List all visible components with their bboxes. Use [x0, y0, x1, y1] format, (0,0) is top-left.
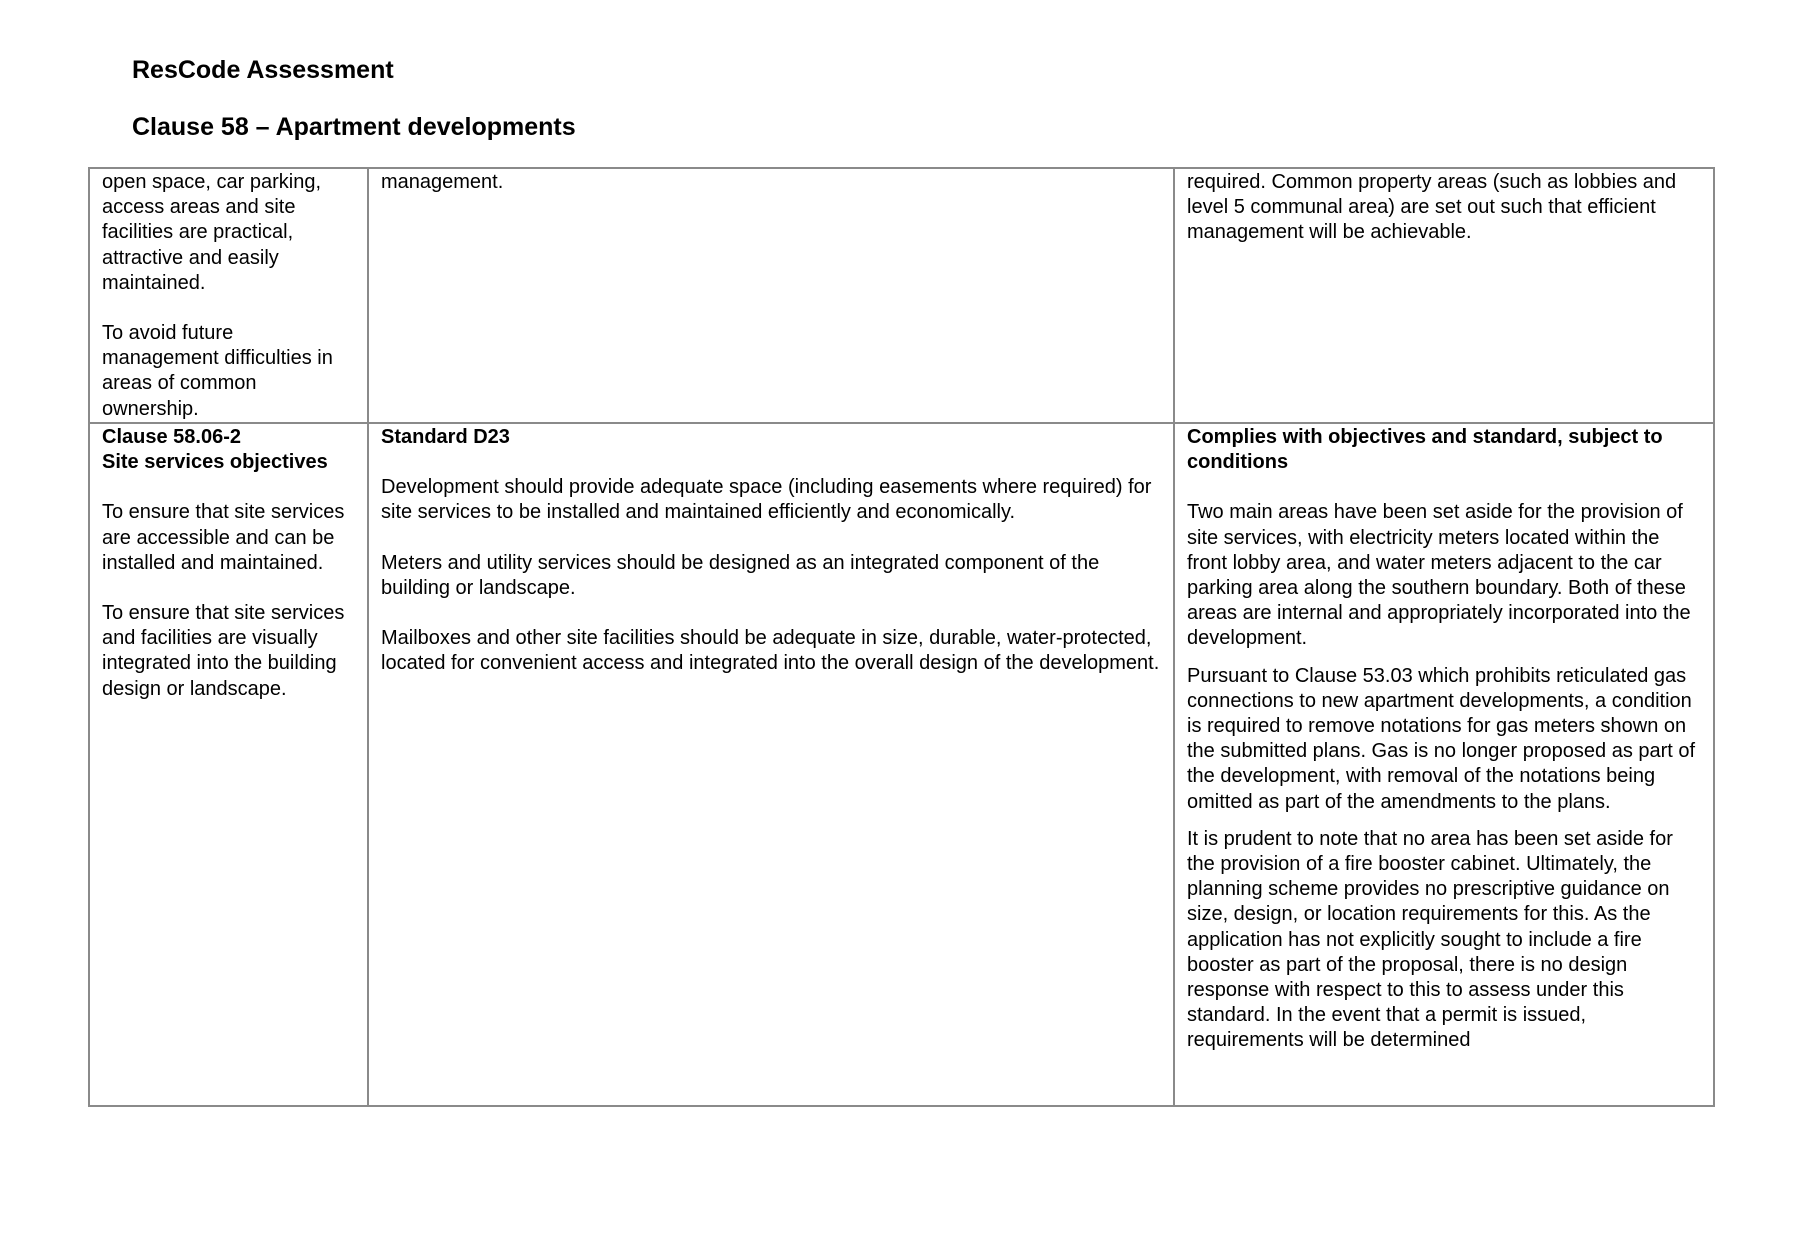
document-title: ResCode Assessment [132, 55, 394, 85]
clause-number: Clause 58.06-2 [102, 425, 355, 450]
assessment-text: Pursuant to Clause 53.03 which prohibits… [1187, 664, 1701, 815]
objective-cell: Clause 58.06-2 Site services objectives … [89, 423, 368, 1106]
standard-text: management. [381, 170, 1161, 195]
objective-text: To ensure that site services and facilit… [102, 601, 355, 702]
assessment-table: open space, car parking, access areas an… [88, 167, 1715, 1107]
assessment-text: required. Common property areas (such as… [1187, 170, 1701, 246]
objective-heading: Site services objectives [102, 450, 355, 475]
assessment-verdict: Complies with objectives and standard, s… [1187, 425, 1701, 475]
table-row: open space, car parking, access areas an… [89, 168, 1714, 423]
document-subtitle: Clause 58 – Apartment developments [132, 112, 576, 142]
standard-text: Meters and utility services should be de… [381, 551, 1161, 601]
assessment-text: It is prudent to note that no area has b… [1187, 827, 1701, 1054]
table-row: Clause 58.06-2 Site services objectives … [89, 423, 1714, 1106]
standard-text: Mailboxes and other site facilities shou… [381, 626, 1161, 676]
standard-cell: Standard D23 Development should provide … [368, 423, 1174, 1106]
objective-text: To ensure that site services are accessi… [102, 500, 355, 576]
objective-text: open space, car parking, access areas an… [102, 170, 355, 296]
objective-text: To avoid future management difficulties … [102, 321, 355, 422]
standard-cell: management. [368, 168, 1174, 423]
assessment-cell: Complies with objectives and standard, s… [1174, 423, 1714, 1106]
assessment-cell: required. Common property areas (such as… [1174, 168, 1714, 423]
objective-cell: open space, car parking, access areas an… [89, 168, 368, 423]
assessment-text: Two main areas have been set aside for t… [1187, 500, 1701, 651]
standard-heading: Standard D23 [381, 425, 1161, 450]
standard-text: Development should provide adequate spac… [381, 475, 1161, 525]
